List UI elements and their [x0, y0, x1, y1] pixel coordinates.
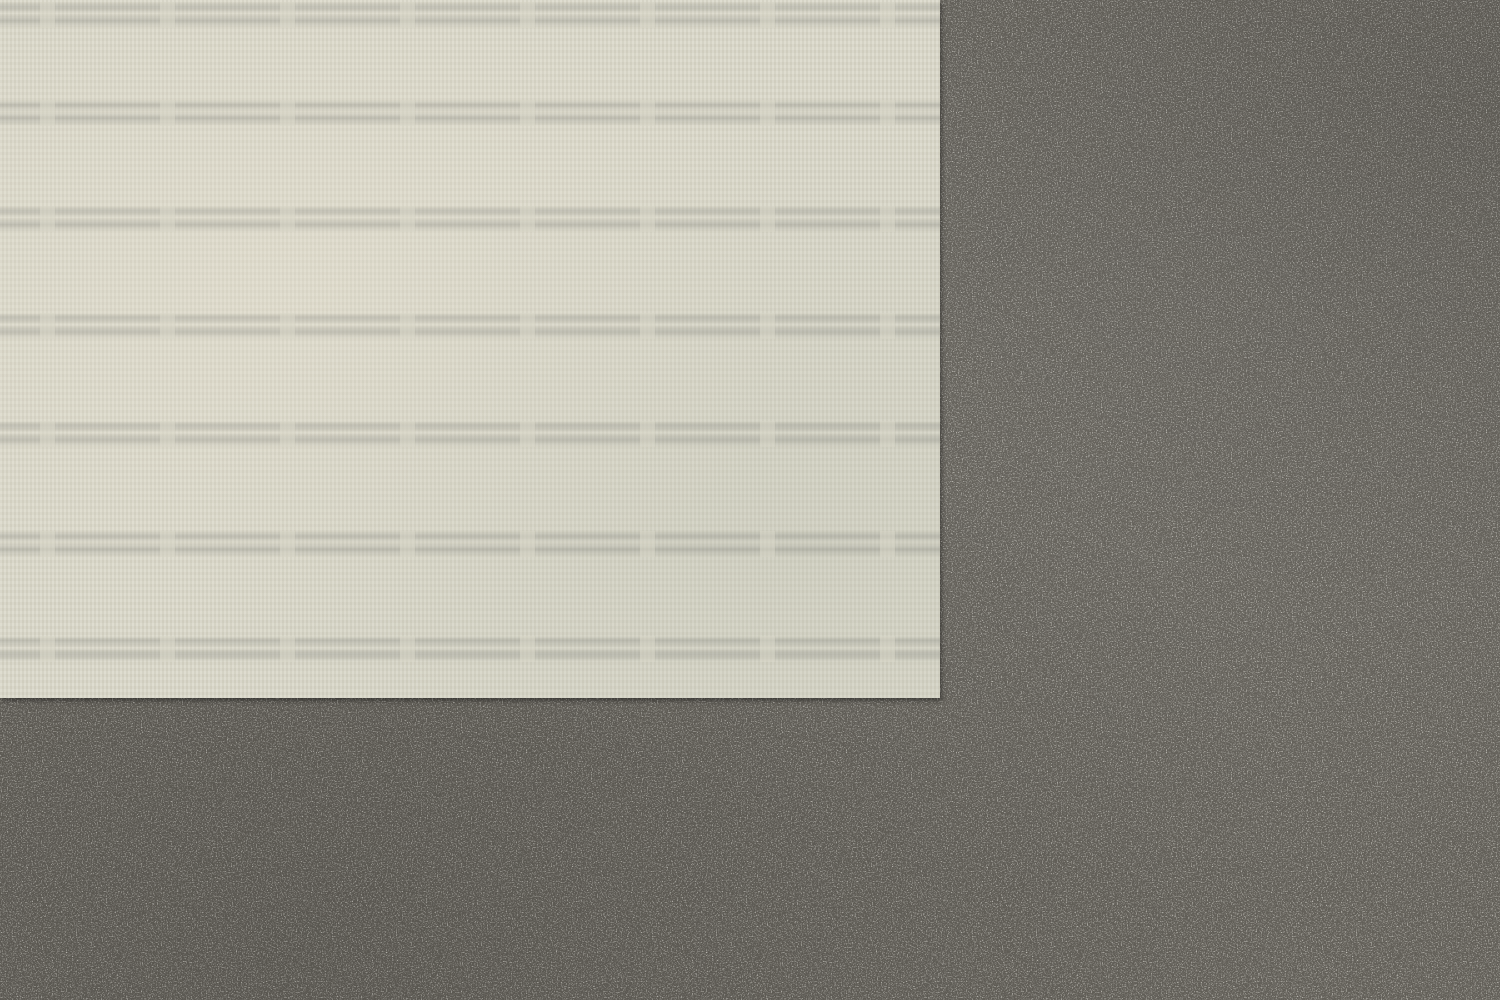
- backing-stripe: [0, 636, 940, 662]
- backing-stripe: [0, 100, 940, 126]
- backing-stripe: [0, 421, 940, 447]
- carpet-sample-photo: [0, 0, 1500, 1000]
- backing-stripe: [0, 313, 940, 339]
- carpet-backing-panel: [0, 0, 940, 698]
- backing-stripe: [0, 531, 940, 557]
- backing-stripe: [0, 206, 940, 232]
- backing-stripe: [0, 2, 940, 28]
